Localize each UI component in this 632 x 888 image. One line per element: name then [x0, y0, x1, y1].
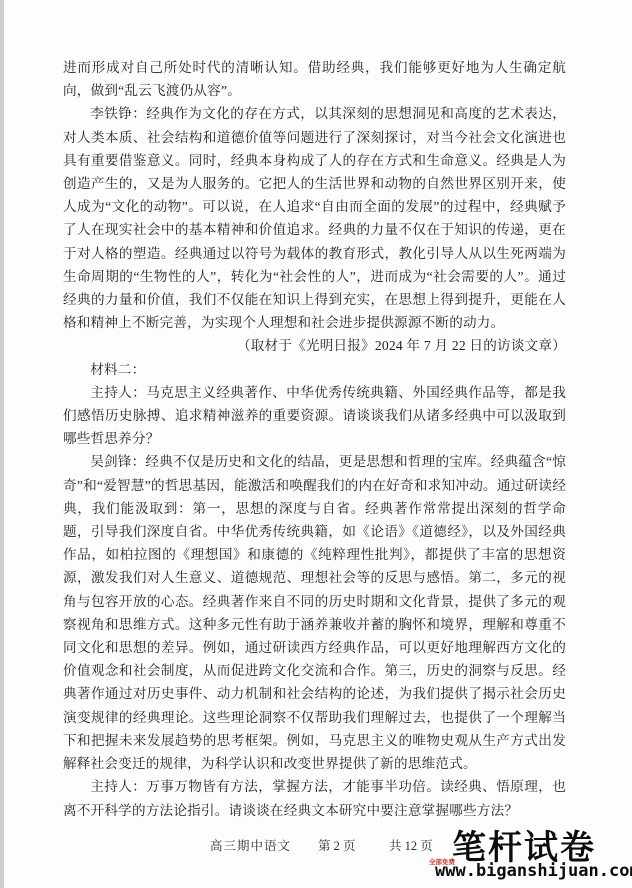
watermark-url: www.biganshijuan.com — [435, 861, 632, 881]
paragraph: 吴剑锋：经典不仅是历史和文化的结晶，更是思想和哲理的宝库。经典蕴含“惊奇”和“爱… — [63, 450, 566, 775]
paragraph: 进而形成对自己所处时代的清晰认知。借助经典，我们能够更好地为人生确定航向，做到“… — [63, 56, 566, 102]
document-body: 进而形成对自己所处时代的清晰认知。借助经典，我们能够更好地为人生确定航向，做到“… — [63, 56, 566, 822]
scan-edge-shadow — [0, 0, 4, 888]
paragraph: 李铁铮：经典作为文化的存在方式，以其深刻的思想洞见和高度的艺术表达，对人类本质、… — [63, 102, 566, 334]
footer-exam-title: 高三期中语文 — [210, 836, 291, 854]
scanned-exam-page: 进而形成对自己所处时代的清晰认知。借助经典，我们能够更好地为人生确定航向，做到“… — [0, 0, 632, 888]
paragraph: 主持人：万事万物皆有方法，掌握方法，才能事半功倍。读经典、悟原理，也离不开科学的… — [63, 775, 566, 821]
paragraph: 主持人：马克思主义经典著作、中华优秀传统典籍、外国经典作品等，都是我们感悟历史脉… — [63, 381, 566, 451]
paragraph: 材料二： — [63, 358, 566, 381]
footer-page-number: 第 2 页 — [318, 836, 356, 854]
footer-total-pages: 共 12 页 — [389, 836, 433, 854]
paragraph: （取材于《光明日报》2024 年 7 月 22 日的访谈文章） — [63, 334, 566, 357]
